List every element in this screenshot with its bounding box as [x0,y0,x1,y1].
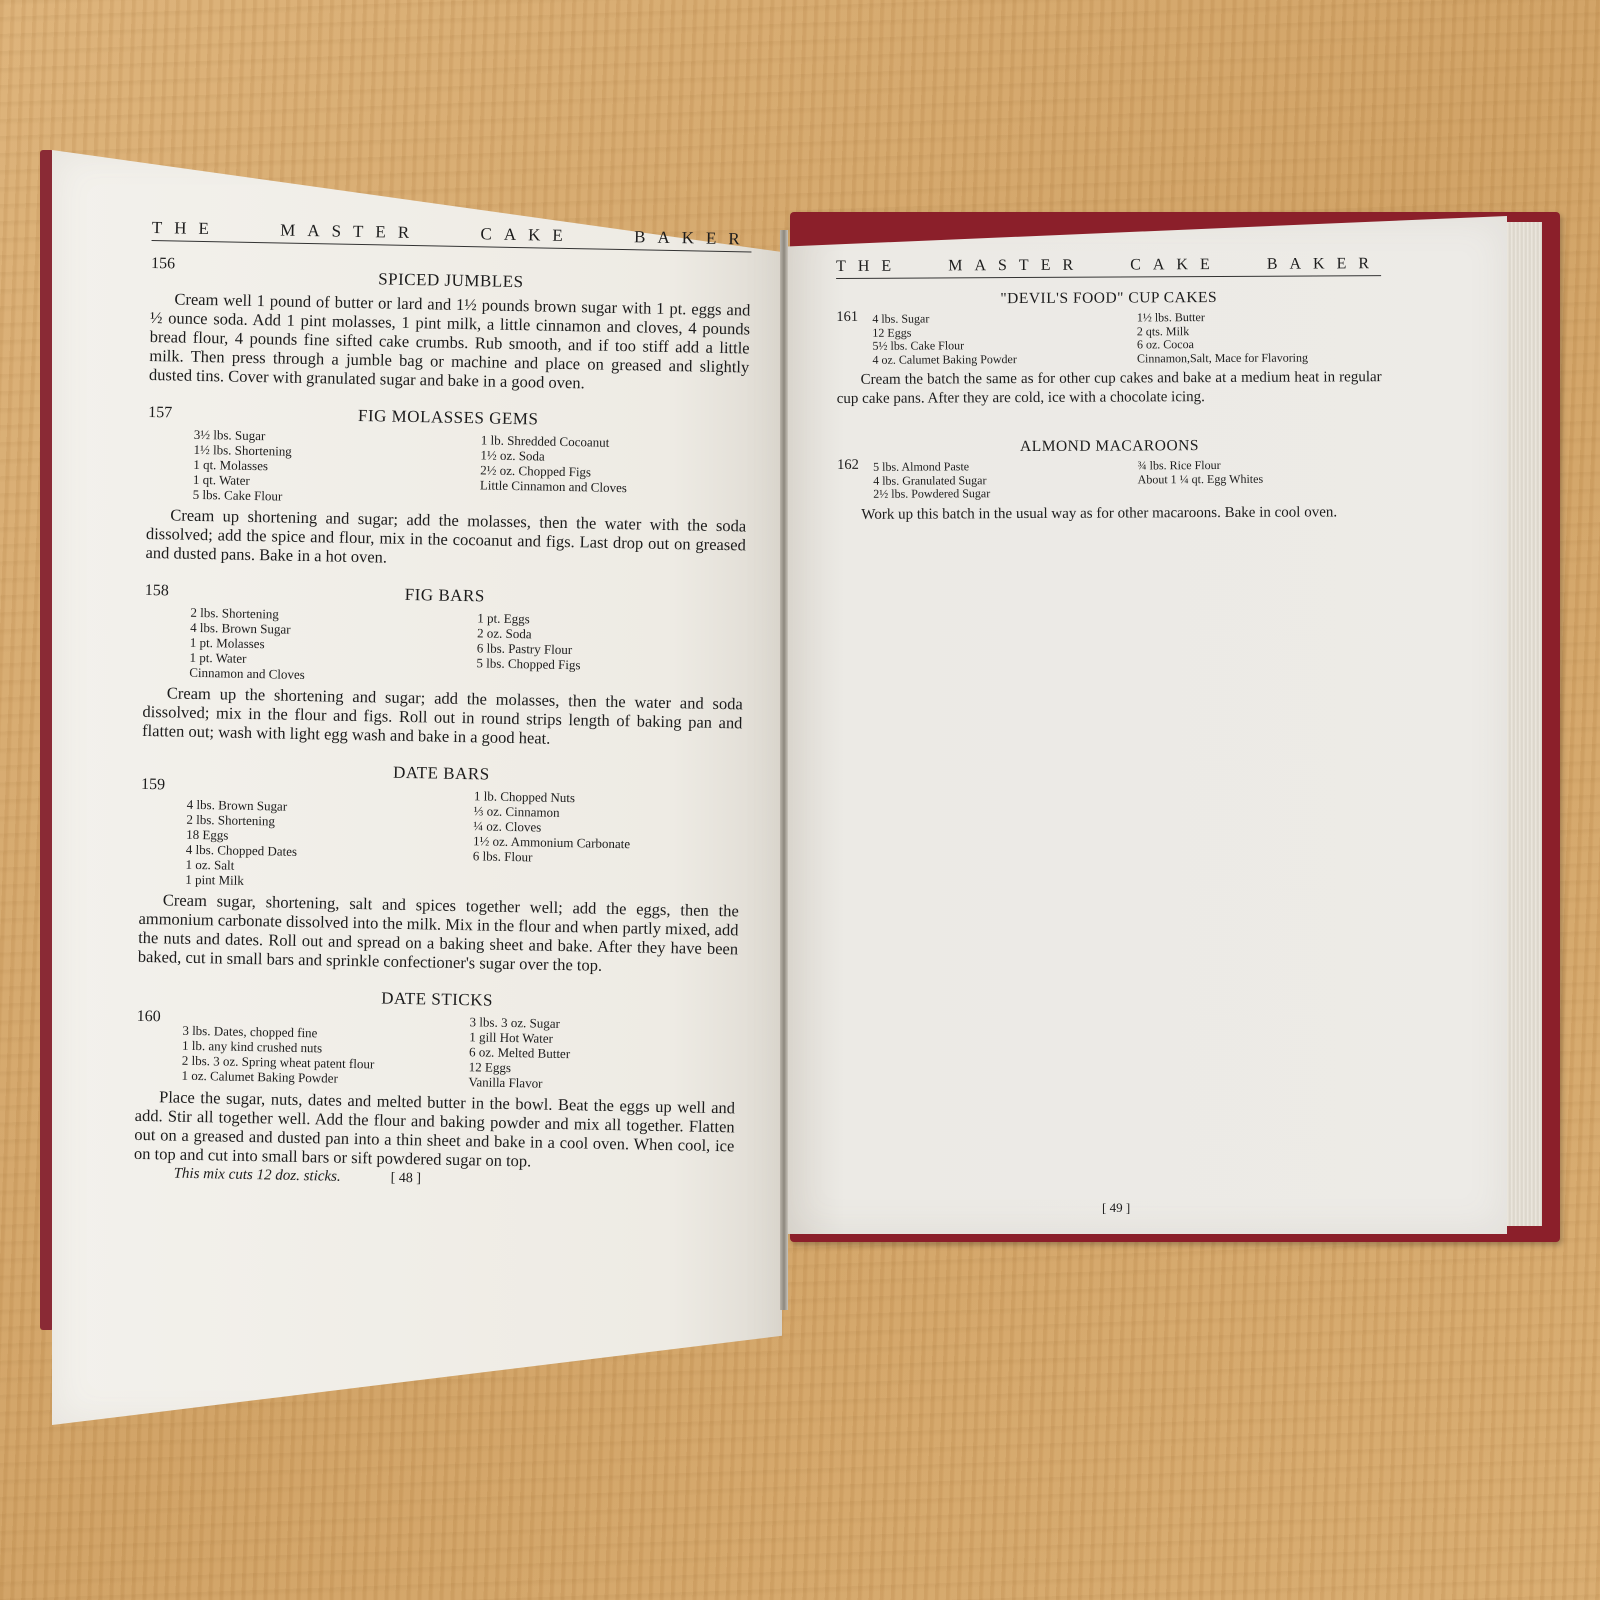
recipe-title: ALMOND MACAROONS [837,436,1382,457]
ingredient-line: 1½ lbs. Butter [1137,310,1382,325]
ingredient-list: 2 lbs. Shortening4 lbs. Brown Sugar1 pt.… [143,604,744,691]
ingredients-left-column: 3 lbs. Dates, chopped fine1 lb. any kind… [181,1009,449,1089]
recipe-method: Cream up the shortening and sugar; add t… [142,683,743,752]
page-number-left: [ 48 ] [391,1171,422,1188]
running-head-word: MASTER [948,257,1085,276]
recipe-method: Place the sugar, nuts, dates and melted … [134,1087,735,1175]
ingredients-right-column: 1 pt. Eggs2 oz. Soda6 lbs. Pastry Flour5… [456,610,744,690]
running-head-word: THE [152,218,221,239]
recipe-number: 161 [836,309,858,326]
running-head-word: CAKE [480,224,575,246]
ingredient-list: 3½ lbs. Sugar1½ lbs. Shortening1 qt. Mol… [147,426,748,513]
recipe-method: Cream well 1 pound of butter or lard and… [149,289,751,396]
ingredient-list: 3 lbs. Dates, chopped fine1 lb. any kind… [135,1008,736,1095]
ingredient-line: 4 lbs. Sugar [872,312,1117,327]
running-head: THE MASTER CAKE BAKER [836,255,1381,279]
ingredient-line: 5 lbs. Almond Paste [873,460,1118,475]
running-head: THE MASTER CAKE BAKER [152,218,752,253]
recipe-162: 162 ALMOND MACAROONS 5 lbs. Almond Paste… [837,436,1382,524]
page-number-right: [ 49 ] [1102,1200,1130,1216]
ingredients-right-column: 3 lbs. 3 oz. Sugar1 gill Hot Water6 oz. … [448,1014,736,1094]
ingredient-list: 5 lbs. Almond Paste4 lbs. Granulated Sug… [837,458,1382,501]
recipe-method: Cream sugar, shortening, salt and spices… [138,890,739,978]
recipe-number: 157 [148,404,172,422]
ingredient-line: 2 qts. Milk [1137,324,1382,339]
ingredients-left-column: 4 lbs. Sugar12 Eggs5½ lbs. Cake Flour4 o… [872,312,1117,367]
running-head-word: BAKER [1267,255,1381,274]
ingredient-line: 2½ lbs. Powdered Sugar [873,487,1118,502]
left-page-content: THE MASTER CAKE BAKER 156 SPICED JUMBLES… [133,218,752,1211]
ingredient-line: 4 lbs. Granulated Sugar [873,473,1118,488]
ingredients-right-column: ¾ lbs. Rice FlourAbout 1 ¼ qt. Egg White… [1118,458,1383,500]
recipe-number: 159 [141,776,165,794]
ingredient-line: 12 Eggs [872,325,1117,340]
ingredients-left-column: 3½ lbs. Sugar1½ lbs. Shortening1 qt. Mol… [193,427,461,507]
recipe-method: Work up this batch in the usual way as f… [837,503,1382,525]
ingredient-line: 4 oz. Calumet Baking Powder [872,352,1117,367]
recipe-number: 158 [145,582,169,600]
ingredient-line: Cinnamon,Salt, Mace for Flavoring [1137,351,1382,366]
ingredient-line: 6 oz. Cocoa [1137,337,1382,352]
book-cover-left-edge [40,150,54,1330]
recipe-number: 160 [136,1008,160,1026]
running-head-word: CAKE [1130,256,1222,274]
recipe-161: 161 "DEVIL'S FOOD" CUP CAKES 4 lbs. Suga… [836,288,1382,409]
right-page-content: THE MASTER CAKE BAKER 161 "DEVIL'S FOOD"… [836,255,1382,542]
ingredient-line: About 1 ¼ qt. Egg Whites [1138,472,1383,487]
running-head-word: MASTER [280,220,421,243]
ingredients-right-column: 1 lb. Shredded Cocoanut1½ oz. Soda2½ oz.… [460,432,748,512]
recipe-number: 162 [837,457,859,474]
book-gutter [780,230,788,1310]
ingredient-list: 4 lbs. Brown Sugar2 lbs. Shortening18 Eg… [139,782,741,897]
recipe-method: Cream up shortening and sugar; add the m… [145,505,746,574]
ingredients-right-column: 1½ lbs. Butter2 qts. Milk6 oz. CocoaCinn… [1117,310,1382,365]
recipe-number: 156 [151,255,175,273]
ingredient-line: 5½ lbs. Cake Flour [872,339,1117,354]
recipe-156: 156 SPICED JUMBLES Cream well 1 pound of… [149,253,751,395]
recipe-title: "DEVIL'S FOOD" CUP CAKES [836,288,1381,309]
ingredients-left-column: 4 lbs. Brown Sugar2 lbs. Shortening18 Eg… [185,783,454,892]
recipe-160: 160 DATE STICKS 3 lbs. Dates, chopped fi… [133,984,737,1193]
ingredients-left-column: 5 lbs. Almond Paste4 lbs. Granulated Sug… [873,460,1118,502]
ingredients-left-column: 2 lbs. Shortening4 lbs. Brown Sugar1 pt.… [189,605,457,685]
ingredient-list: 4 lbs. Sugar12 Eggs5½ lbs. Cake Flour4 o… [836,310,1381,367]
ingredients-right-column: 1 lb. Chopped Nuts⅓ oz. Cinnamon¼ oz. Cl… [452,788,741,897]
running-head-word: THE [836,258,903,276]
recipe-158: 158 FIG BARS 2 lbs. Shortening4 lbs. Bro… [142,580,745,751]
ingredient-line: ¾ lbs. Rice Flour [1138,458,1383,473]
recipe-method: Cream the batch the same as for other cu… [837,368,1382,409]
recipe-157: 156 157 FIG MOLASSES GEMS 3½ lbs. Sugar1… [145,402,748,573]
recipe-footnote: This mix cuts 12 doz. sticks. [133,1165,340,1186]
recipe-159: 159 DATE BARS 4 lbs. Brown Sugar2 lbs. S… [138,758,742,977]
running-head-word: BAKER [634,227,752,249]
